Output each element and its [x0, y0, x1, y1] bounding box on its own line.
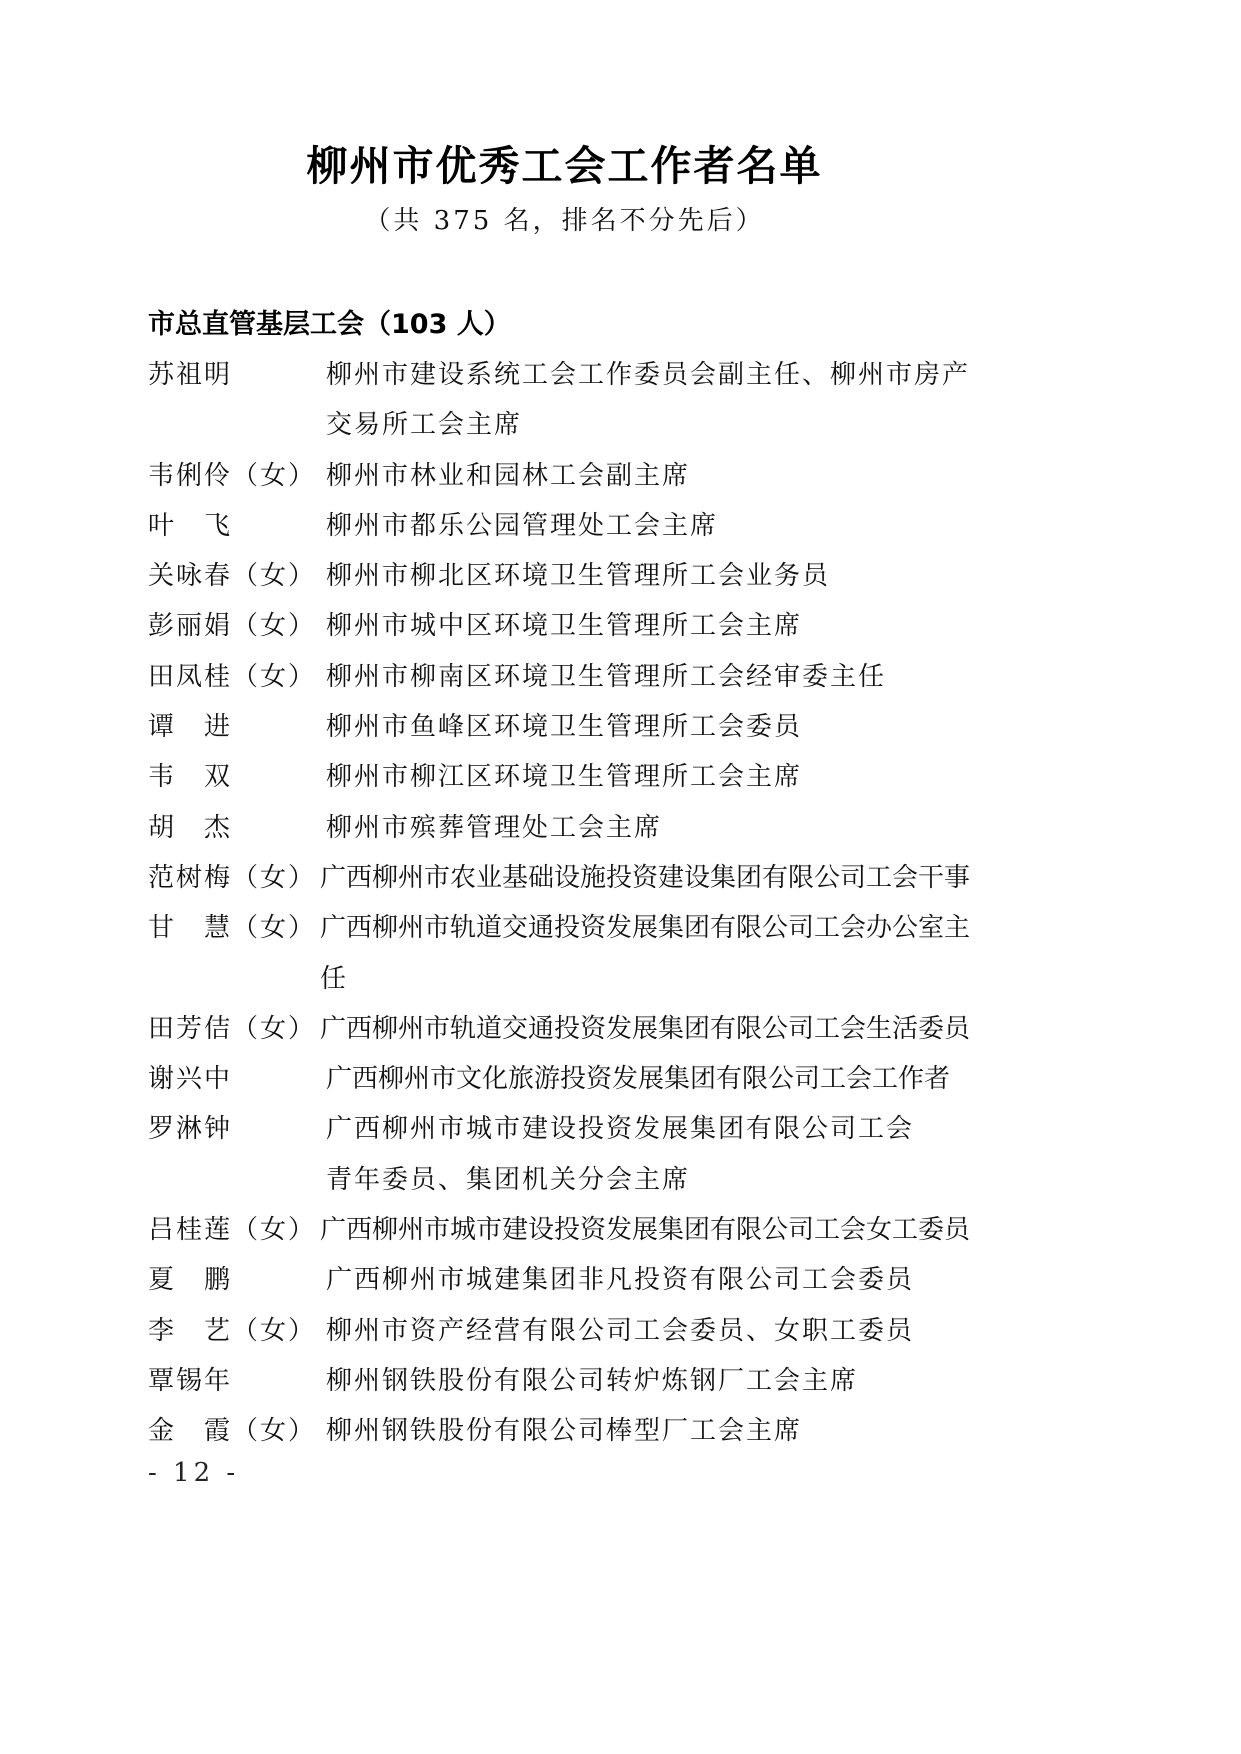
honoree-name: 谭 进 — [148, 702, 326, 752]
list-item: 苏祖明 柳州市建设系统工会工作委员会副主任、柳州市房产 — [148, 350, 978, 400]
honoree-affiliation: 广西柳州市城市建设投资发展集团有限公司工会女工委员 — [320, 1205, 978, 1255]
honoree-name: 彭丽娟（女） — [148, 601, 326, 651]
list-item: 覃锡年 柳州钢铁股份有限公司转炉炼钢厂工会主席 — [148, 1356, 978, 1406]
list-item: 夏 鹏 广西柳州市城建集团非凡投资有限公司工会委员 — [148, 1255, 978, 1305]
honoree-affiliation: 柳州市柳北区环境卫生管理所工会业务员 — [326, 551, 978, 601]
list-item: 韦 双 柳州市柳江区环境卫生管理所工会主席 — [148, 752, 978, 802]
list-item: 李 艺（女） 柳州市资产经营有限公司工会委员、女职工委员 — [148, 1306, 978, 1356]
honoree-affiliation: 柳州市城中区环境卫生管理所工会主席 — [326, 601, 978, 651]
honoree-affiliation: 广西柳州市城建集团非凡投资有限公司工会委员 — [326, 1255, 978, 1305]
honoree-affiliation: 柳州市柳江区环境卫生管理所工会主席 — [326, 752, 978, 802]
honoree-name: 范树梅（女） — [148, 853, 320, 903]
honoree-affiliation: 广西柳州市农业基础设施投资建设集团有限公司工会干事 — [320, 853, 978, 903]
list-item: 关咏春（女） 柳州市柳北区环境卫生管理所工会业务员 — [148, 551, 978, 601]
list-item: 谢兴中 广西柳州市文化旅游投资发展集团有限公司工会工作者 — [148, 1054, 978, 1104]
honoree-affiliation: 柳州市鱼峰区环境卫生管理所工会委员 — [326, 702, 978, 752]
list-item: 谭 进 柳州市鱼峰区环境卫生管理所工会委员 — [148, 702, 978, 752]
honoree-name: 罗淋钟 — [148, 1104, 326, 1154]
list-item: 罗淋钟 广西柳州市城市建设投资发展集团有限公司工会 — [148, 1104, 978, 1154]
honoree-affiliation: 柳州市殡葬管理处工会主席 — [326, 803, 978, 853]
document-subtitle: （共 375 名，排名不分先后） — [0, 200, 1129, 237]
honoree-name: 吕桂莲（女） — [148, 1205, 320, 1255]
section-heading: 市总直管基层工会（103 人） — [148, 302, 511, 341]
honoree-name: 叶 飞 — [148, 501, 326, 551]
honoree-affiliation: 柳州市都乐公园管理处工会主席 — [326, 501, 978, 551]
list-item: 田芳佶（女） 广西柳州市轨道交通投资发展集团有限公司工会生活委员 — [148, 1004, 978, 1054]
list-item: 范树梅（女） 广西柳州市农业基础设施投资建设集团有限公司工会干事 — [148, 853, 978, 903]
honoree-name: 覃锡年 — [148, 1356, 326, 1406]
honoree-affiliation: 柳州市林业和园林工会副主席 — [326, 451, 978, 501]
honoree-name: 韦俐伶（女） — [148, 451, 326, 501]
list-item-continuation: 交易所工会主席 — [148, 400, 978, 450]
honoree-affiliation: 柳州市资产经营有限公司工会委员、女职工委员 — [326, 1306, 978, 1356]
honoree-name: 甘 慧（女） — [148, 903, 320, 1004]
honoree-affiliation: 广西柳州市轨道交通投资发展集团有限公司工会办公室主任 — [320, 903, 978, 1004]
honoree-affiliation: 柳州钢铁股份有限公司棒型厂工会主席 — [326, 1406, 978, 1456]
honoree-list: 苏祖明 柳州市建设系统工会工作委员会副主任、柳州市房产 交易所工会主席 韦俐伶（… — [148, 350, 978, 1457]
honoree-affiliation: 柳州钢铁股份有限公司转炉炼钢厂工会主席 — [326, 1356, 978, 1406]
honoree-name: 夏 鹏 — [148, 1255, 326, 1305]
list-item: 甘 慧（女） 广西柳州市轨道交通投资发展集团有限公司工会办公室主任 — [148, 903, 978, 1004]
honoree-name: 李 艺（女） — [148, 1306, 326, 1356]
list-item: 韦俐伶（女） 柳州市林业和园林工会副主席 — [148, 451, 978, 501]
honoree-name: 苏祖明 — [148, 350, 326, 400]
honoree-affiliation-cont: 青年委员、集团机关分会主席 — [326, 1155, 978, 1205]
honoree-name: 胡 杰 — [148, 803, 326, 853]
honoree-name: 关咏春（女） — [148, 551, 326, 601]
honoree-name: 谢兴中 — [148, 1054, 326, 1104]
honoree-name: 韦 双 — [148, 752, 326, 802]
honoree-affiliation: 广西柳州市城市建设投资发展集团有限公司工会 — [326, 1104, 978, 1154]
honoree-affiliation: 柳州市柳南区环境卫生管理所工会经审委主任 — [326, 652, 978, 702]
list-item: 胡 杰 柳州市殡葬管理处工会主席 — [148, 803, 978, 853]
honoree-affiliation: 柳州市建设系统工会工作委员会副主任、柳州市房产 — [326, 350, 978, 400]
list-item-continuation: 青年委员、集团机关分会主席 — [148, 1155, 978, 1205]
honoree-affiliation-cont: 交易所工会主席 — [326, 400, 978, 450]
list-item: 吕桂莲（女） 广西柳州市城市建设投资发展集团有限公司工会女工委员 — [148, 1205, 978, 1255]
page-number: - 12 - — [148, 1458, 239, 1488]
honoree-affiliation: 广西柳州市轨道交通投资发展集团有限公司工会生活委员 — [320, 1004, 978, 1054]
list-item: 金 霞（女） 柳州钢铁股份有限公司棒型厂工会主席 — [148, 1406, 978, 1456]
list-item: 叶 飞 柳州市都乐公园管理处工会主席 — [148, 501, 978, 551]
honoree-name: 金 霞（女） — [148, 1406, 326, 1456]
honoree-name: 田芳佶（女） — [148, 1004, 320, 1054]
honoree-name: 田凤桂（女） — [148, 652, 326, 702]
document-title: 柳州市优秀工会工作者名单 — [0, 133, 1129, 192]
list-item: 彭丽娟（女） 柳州市城中区环境卫生管理所工会主席 — [148, 601, 978, 651]
list-item: 田凤桂（女） 柳州市柳南区环境卫生管理所工会经审委主任 — [148, 652, 978, 702]
honoree-affiliation: 广西柳州市文化旅游投资发展集团有限公司工会工作者 — [326, 1054, 978, 1104]
